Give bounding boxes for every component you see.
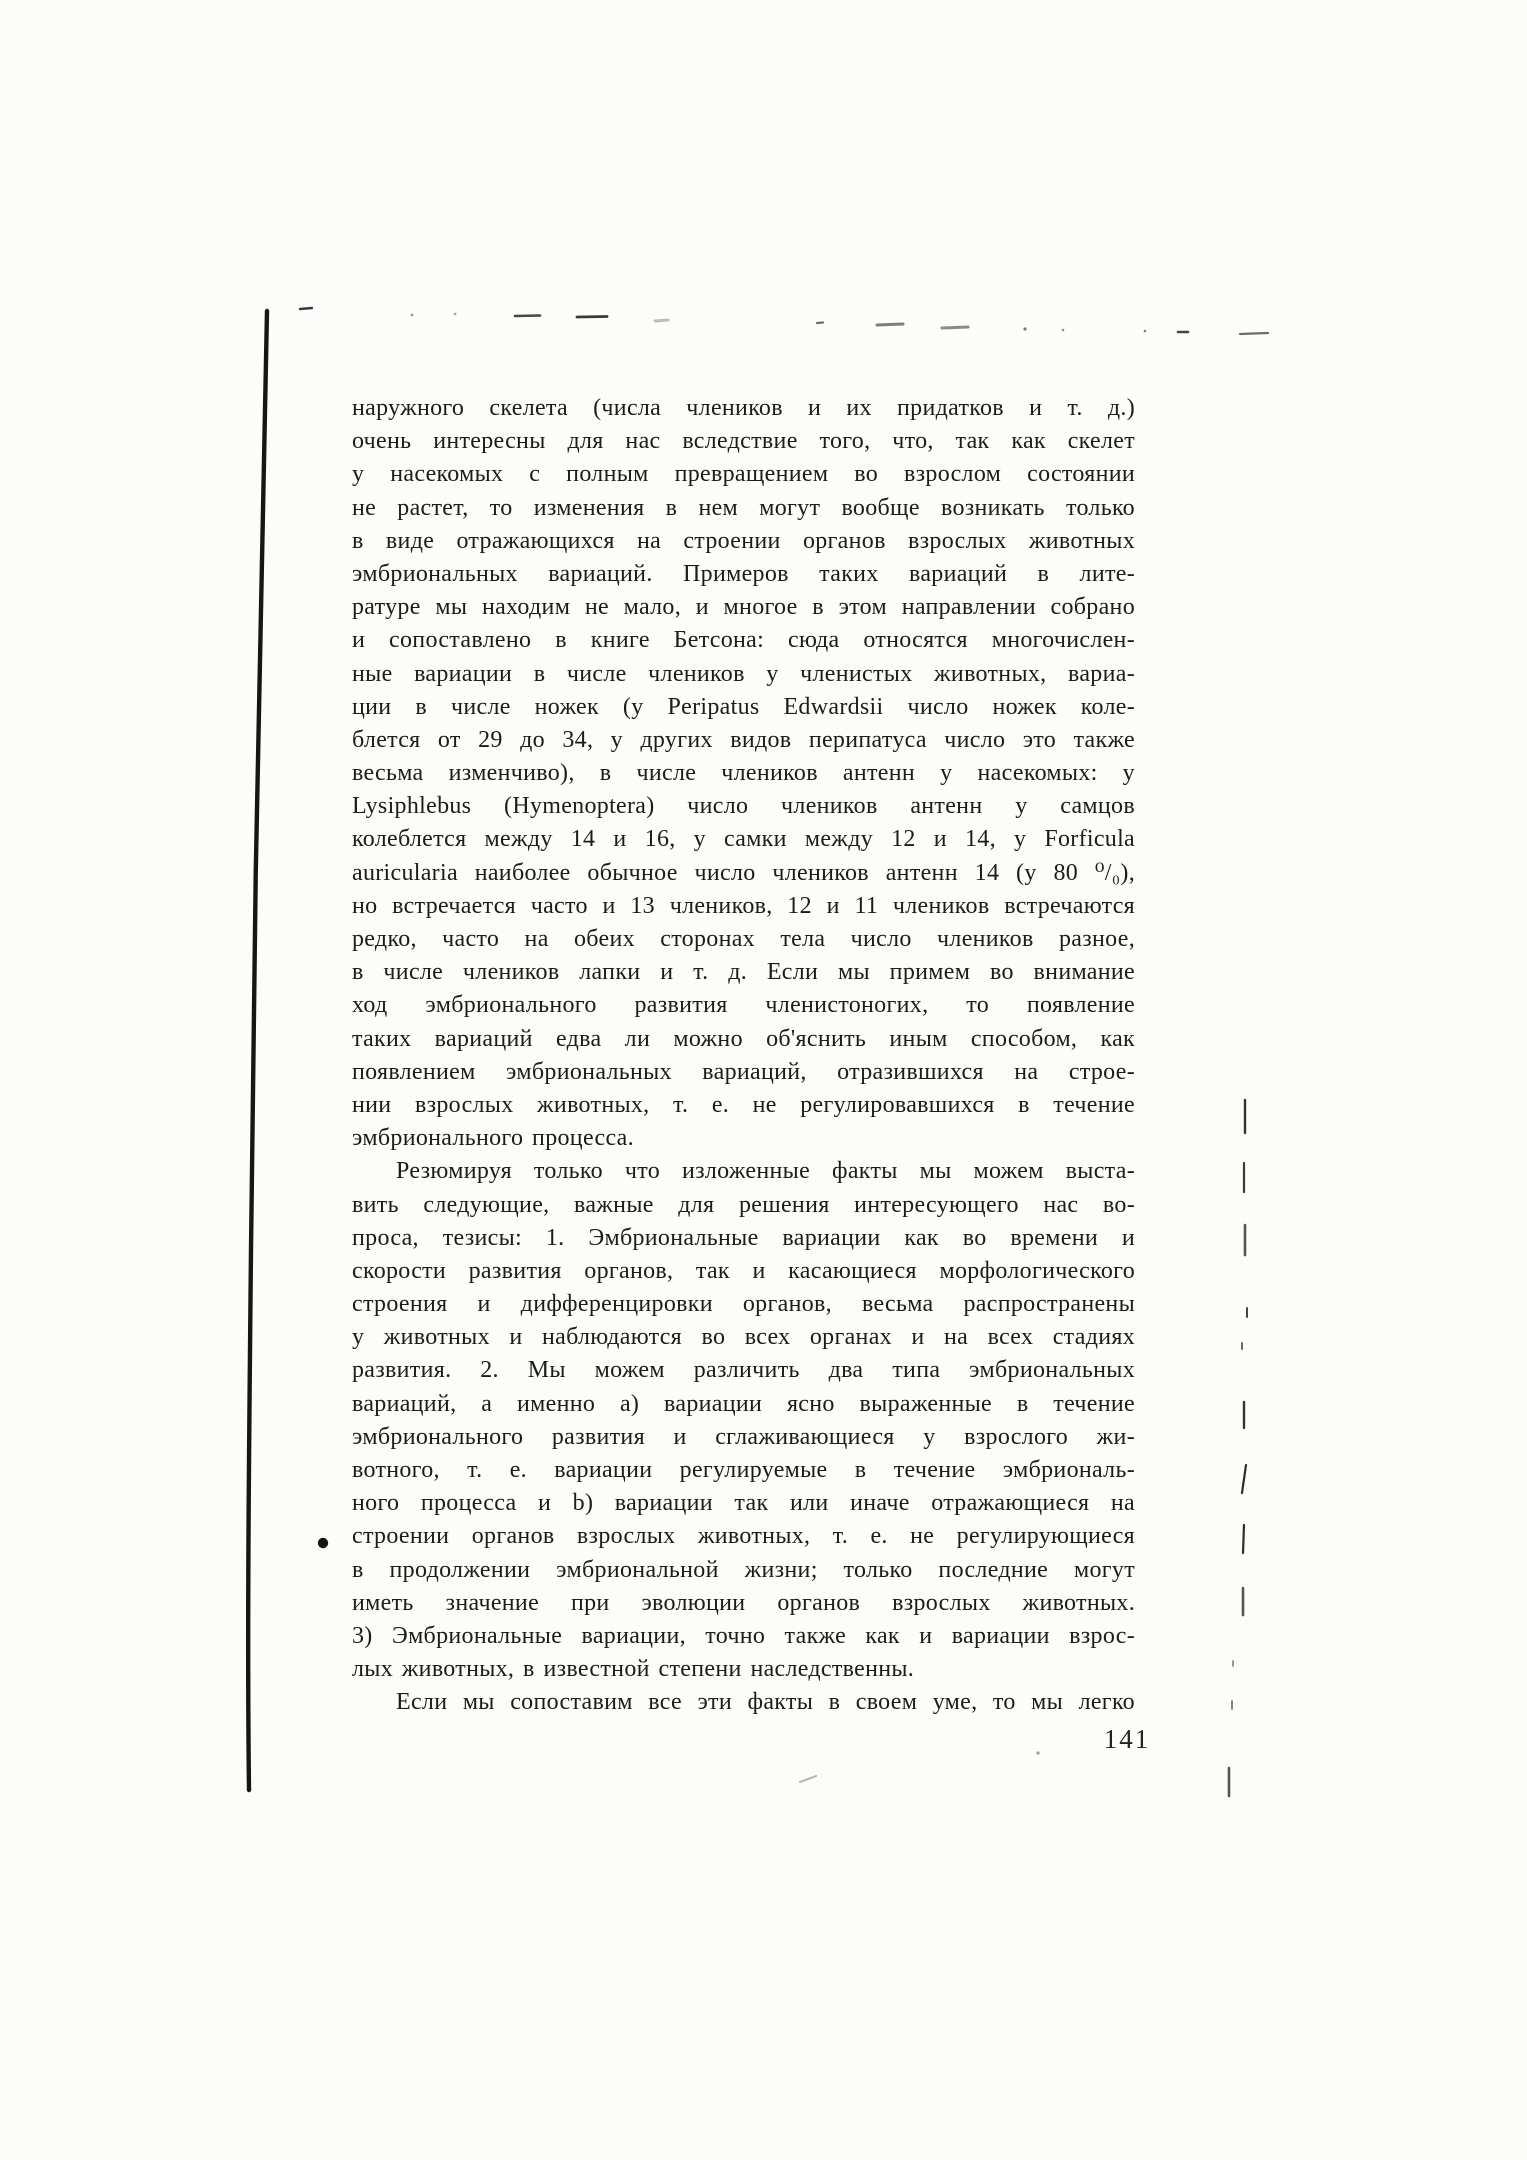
text-line: Резюмируя только что изложенные факты мы… (352, 1155, 1135, 1188)
text-line: наружного скелета (числа члеников и их п… (352, 392, 1135, 425)
text-line: ход эмбрионального развития членистоноги… (352, 989, 1135, 1022)
text-line: развития. 2. Мы можем различить два типа… (352, 1354, 1135, 1387)
text-line: Если мы сопоставим все эти факты в своем… (352, 1686, 1135, 1719)
text-line: строения и дифференцировки органов, весь… (352, 1288, 1135, 1321)
text-line: эмбрионального развития и сглаживающиеся… (352, 1421, 1135, 1454)
text-line: вариаций, а именно а) вариации ясно выра… (352, 1388, 1135, 1421)
text-line: ратуре мы находим не мало, и многое в эт… (352, 591, 1135, 624)
text-line: но встречается часто и 13 члеников, 12 и… (352, 890, 1135, 923)
text-line: и сопоставлено в книге Бетсона: сюда отн… (352, 624, 1135, 657)
text-line: колеблется между 14 и 16, у самки между … (352, 823, 1135, 856)
text-line: ции в числе ножек (у Peripatus Edwardsii… (352, 691, 1135, 724)
text-line: ного процесса и b) вариации так или инач… (352, 1487, 1135, 1520)
text-line: появлением эмбриональных вариаций, отраз… (352, 1056, 1135, 1089)
text-line: нии взрослых животных, т. е. не регулиро… (352, 1089, 1135, 1122)
text-line: 3) Эмбриональные вариации, точно также к… (352, 1620, 1135, 1653)
text-line: строении органов взрослых животных, т. е… (352, 1520, 1135, 1553)
left-margin-pencil-line (248, 311, 267, 1790)
text-line: auricularia наиболее обычное число члени… (352, 857, 1135, 890)
text-line: скорости развития органов, так и касающи… (352, 1255, 1135, 1288)
text-line: проса, тезисы: 1. Эмбриональные вариации… (352, 1222, 1135, 1255)
text-line: блется от 29 до 34, у других видов перип… (352, 724, 1135, 757)
body-text: наружного скелета (числа члеников и их п… (352, 392, 1135, 1720)
text-line: вить следующие, важные для решения интер… (352, 1189, 1135, 1222)
text-line: редко, часто на обеих сторонах тела числ… (352, 923, 1135, 956)
text-line: Lysiphlebus (Hymenoptera) число члеников… (352, 790, 1135, 823)
scan-specks (800, 1751, 1040, 1782)
text-line: у животных и наблюдаются во всех органах… (352, 1321, 1135, 1354)
top-dash-marks (300, 308, 1268, 334)
page-number: 141 (1092, 1724, 1162, 1755)
book-page: наружного скелета (числа члеников и их п… (0, 0, 1527, 2160)
text-line: таких вариаций едва ли можно об'яснить и… (352, 1023, 1135, 1056)
text-line: в продолжении эмбриональной жизни; тольк… (352, 1554, 1135, 1587)
text-line: не растет, то изменения в нем могут вооб… (352, 492, 1135, 525)
text-line: вотного, т. е. вариации регулируемые в т… (352, 1454, 1135, 1487)
text-line: у насекомых с полным превращением во взр… (352, 458, 1135, 491)
text-line: очень интересны для нас вследствие того,… (352, 425, 1135, 458)
text-line: лых животных, в известной степени наслед… (352, 1653, 1135, 1686)
left-margin-dot (318, 1538, 328, 1548)
text-line: в виде отражающихся на строении органов … (352, 525, 1135, 558)
text-line: в числе члеников лапки и т. д. Если мы п… (352, 956, 1135, 989)
right-margin-ticks (1229, 1100, 1247, 1796)
text-line: эмбриональных вариаций. Примеров таких в… (352, 558, 1135, 591)
text-line: эмбрионального процесса. (352, 1122, 1135, 1155)
text-line: весьма изменчиво), в числе члеников анте… (352, 757, 1135, 790)
text-line: ные вариации в числе члеников у членисты… (352, 658, 1135, 691)
text-line: иметь значение при эволюции органов взро… (352, 1587, 1135, 1620)
